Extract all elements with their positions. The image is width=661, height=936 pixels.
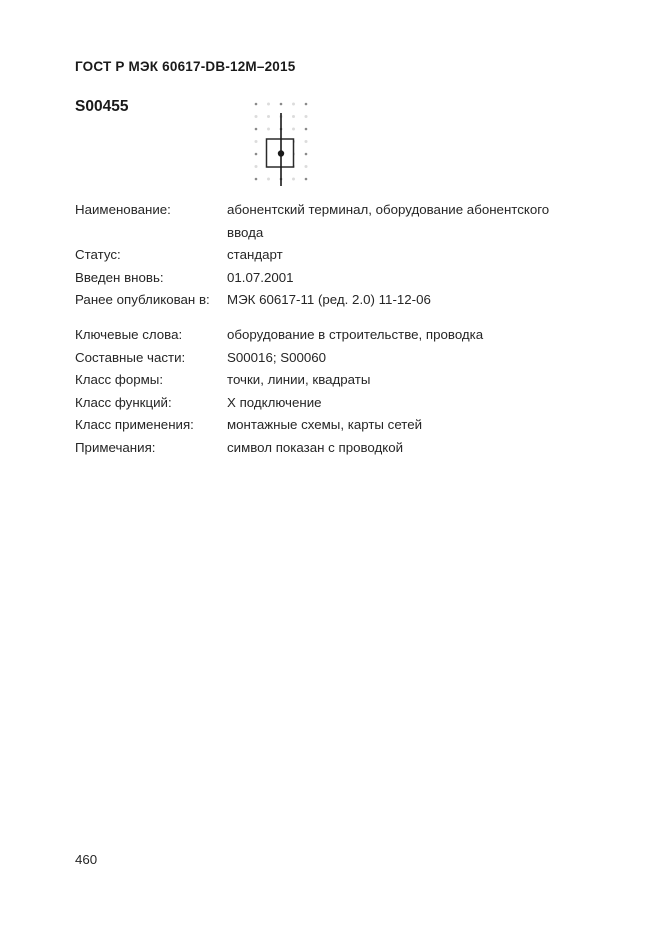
field-label: Статус: xyxy=(75,244,227,267)
field-value: оборудование в строительстве, проводка xyxy=(227,324,572,347)
field-label: Составные части: xyxy=(75,347,227,370)
field-label: Примечания: xyxy=(75,437,227,460)
field-label: Введен вновь: xyxy=(75,267,227,290)
field-value: символ показан с проводкой xyxy=(227,437,572,460)
fields-meta: Ключевые слова: оборудование в строитель… xyxy=(75,324,585,459)
symbol-center-dot xyxy=(278,150,284,156)
field-value: абонентский терминал, оборудование абоне… xyxy=(227,199,572,244)
field-value: точки, линии, квадраты xyxy=(227,369,572,392)
symbol-id: S00455 xyxy=(75,98,128,116)
fields-main: Наименование: абонентский терминал, обор… xyxy=(75,199,585,312)
document-page: { "page": { "header": "ГОСТ Р МЭК 60617-… xyxy=(0,0,661,936)
field-value: монтажные схемы, карты сетей xyxy=(227,414,572,437)
field-value: S00016; S00060 xyxy=(227,347,572,370)
field-value: X подключение xyxy=(227,392,572,415)
field-label: Ключевые слова: xyxy=(75,324,227,347)
field-value: стандарт xyxy=(227,244,572,267)
field-label: Класс функций: xyxy=(75,392,227,415)
field-label: Ранее опубликован в: xyxy=(75,289,227,312)
subscriber-terminal-symbol-icon xyxy=(240,93,322,193)
field-value: 01.07.2001 xyxy=(227,267,572,290)
field-value: МЭК 60617-11 (ред. 2.0) 11-12-06 xyxy=(227,289,572,312)
field-label: Наименование: xyxy=(75,199,227,244)
document-title: ГОСТ Р МЭК 60617-DB-12M–2015 xyxy=(75,59,295,74)
field-label: Класс формы: xyxy=(75,369,227,392)
page-number: 460 xyxy=(75,852,97,867)
field-label: Класс применения: xyxy=(75,414,227,437)
